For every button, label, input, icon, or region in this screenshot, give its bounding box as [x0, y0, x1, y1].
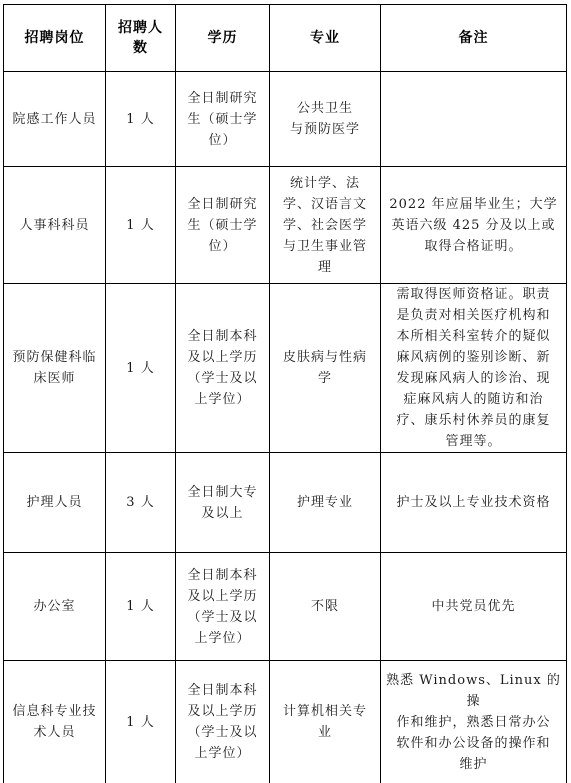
header-education-label: 学历	[180, 28, 265, 48]
major-text: 不限	[274, 596, 376, 617]
cell-major: 统计学、法 学、汉语言文 学、社会医学 与卫生事业管 理	[270, 167, 381, 284]
major-text: 计算机相关专 业	[274, 701, 376, 743]
cell-major: 公共卫生 与预防医学	[270, 72, 381, 167]
cell-position: 办公室	[4, 553, 106, 661]
count-text: 3 人	[110, 492, 171, 513]
cell-education: 全日制本科 及以上学历 （学士及以 上学位）	[176, 553, 270, 661]
note-text: 护士及以上专业技术资格	[385, 492, 562, 513]
note-text: 中共党员优先	[385, 596, 562, 617]
count-text: 1 人	[110, 109, 171, 130]
cell-count: 1 人	[106, 284, 176, 453]
cell-note: 护士及以上专业技术资格	[381, 453, 567, 553]
table-row: 人事科科员 1 人 全日制研究 生（硕士学 位） 统计学、法 学、汉语言文 学、…	[4, 167, 567, 284]
table-row: 办公室 1 人 全日制本科 及以上学历 （学士及以 上学位） 不限 中共党员优先	[4, 553, 567, 661]
table-row: 护理人员 3 人 全日制大专 及以上 护理专业 护士及以上专业技术资格	[4, 453, 567, 553]
education-text: 全日制大专 及以上	[180, 482, 265, 524]
cell-major: 皮肤病与性病 学	[270, 284, 381, 453]
major-text: 护理专业	[274, 492, 376, 513]
count-text: 1 人	[110, 596, 171, 617]
cell-note: 熟悉 Windows、Linux 的操 作和维护，熟悉日常办公 软件和办公设备的…	[381, 661, 567, 783]
position-text: 信息科专业技 术人员	[8, 701, 101, 743]
header-count: 招聘人 数	[106, 5, 176, 72]
cell-position: 信息科专业技 术人员	[4, 661, 106, 783]
cell-note	[381, 72, 567, 167]
cell-education: 全日制研究 生（硕士学 位）	[176, 72, 270, 167]
position-text: 预防保健科临 床医师	[8, 347, 101, 389]
cell-note: 中共党员优先	[381, 553, 567, 661]
header-row: 招聘岗位 招聘人 数 学历 专业 备注	[4, 5, 567, 72]
position-text: 人事科科员	[8, 215, 101, 236]
count-text: 1 人	[110, 215, 171, 236]
note-text: 2022 年应届毕业生；大学 英语六级 425 分及以上或 取得合格证明。	[385, 194, 562, 257]
header-major-label: 专业	[274, 28, 376, 48]
note-text: 需取得医师资格证。职责 是负责对相关医疗机构和 本所相关科室转介的疑似 麻风病例…	[385, 284, 562, 452]
cell-count: 1 人	[106, 167, 176, 284]
header-position: 招聘岗位	[4, 5, 106, 72]
header-education: 学历	[176, 5, 270, 72]
cell-note: 需取得医师资格证。职责 是负责对相关医疗机构和 本所相关科室转介的疑似 麻风病例…	[381, 284, 567, 453]
cell-education: 全日制本科 及以上学历 （学士及以 上学位）	[176, 284, 270, 453]
cell-position: 护理人员	[4, 453, 106, 553]
major-text: 统计学、法 学、汉语言文 学、社会医学 与卫生事业管 理	[274, 173, 376, 278]
header-note: 备注	[381, 5, 567, 72]
table-row: 院感工作人员 1 人 全日制研究 生（硕士学 位） 公共卫生 与预防医学	[4, 72, 567, 167]
cell-major: 不限	[270, 553, 381, 661]
education-text: 全日制本科 及以上学历 （学士及以 上学位）	[180, 565, 265, 649]
recruitment-table: 招聘岗位 招聘人 数 学历 专业 备注 院感工作人员 1 人 全日制研究 生（硕…	[3, 4, 567, 783]
education-text: 全日制研究 生（硕士学 位）	[180, 88, 265, 151]
position-text: 办公室	[8, 596, 101, 617]
cell-education: 全日制大专 及以上	[176, 453, 270, 553]
header-position-label: 招聘岗位	[8, 28, 101, 48]
cell-major: 护理专业	[270, 453, 381, 553]
header-note-label: 备注	[385, 28, 562, 48]
count-text: 1 人	[110, 358, 171, 379]
education-text: 全日制研究 生（硕士学 位）	[180, 194, 265, 257]
position-text: 护理人员	[8, 492, 101, 513]
major-text: 皮肤病与性病 学	[274, 347, 376, 389]
position-text: 院感工作人员	[8, 109, 101, 130]
table-row: 信息科专业技 术人员 1 人 全日制本科 及以上学历 （学士及以 上学位） 计算…	[4, 661, 567, 783]
major-text: 公共卫生 与预防医学	[274, 98, 376, 140]
count-text: 1 人	[110, 712, 171, 733]
education-text: 全日制本科 及以上学历 （学士及以 上学位）	[180, 680, 265, 764]
table-row: 预防保健科临 床医师 1 人 全日制本科 及以上学历 （学士及以 上学位） 皮肤…	[4, 284, 567, 453]
cell-count: 1 人	[106, 553, 176, 661]
cell-major: 计算机相关专 业	[270, 661, 381, 783]
cell-position: 院感工作人员	[4, 72, 106, 167]
cell-note: 2022 年应届毕业生；大学 英语六级 425 分及以上或 取得合格证明。	[381, 167, 567, 284]
cell-count: 1 人	[106, 661, 176, 783]
header-major: 专业	[270, 5, 381, 72]
education-text: 全日制本科 及以上学历 （学士及以 上学位）	[180, 326, 265, 410]
cell-position: 预防保健科临 床医师	[4, 284, 106, 453]
header-count-label: 招聘人 数	[110, 18, 171, 58]
cell-education: 全日制本科 及以上学历 （学士及以 上学位）	[176, 661, 270, 783]
cell-count: 1 人	[106, 72, 176, 167]
cell-position: 人事科科员	[4, 167, 106, 284]
cell-education: 全日制研究 生（硕士学 位）	[176, 167, 270, 284]
note-text: 熟悉 Windows、Linux 的操 作和维护，熟悉日常办公 软件和办公设备的…	[385, 670, 562, 775]
cell-count: 3 人	[106, 453, 176, 553]
